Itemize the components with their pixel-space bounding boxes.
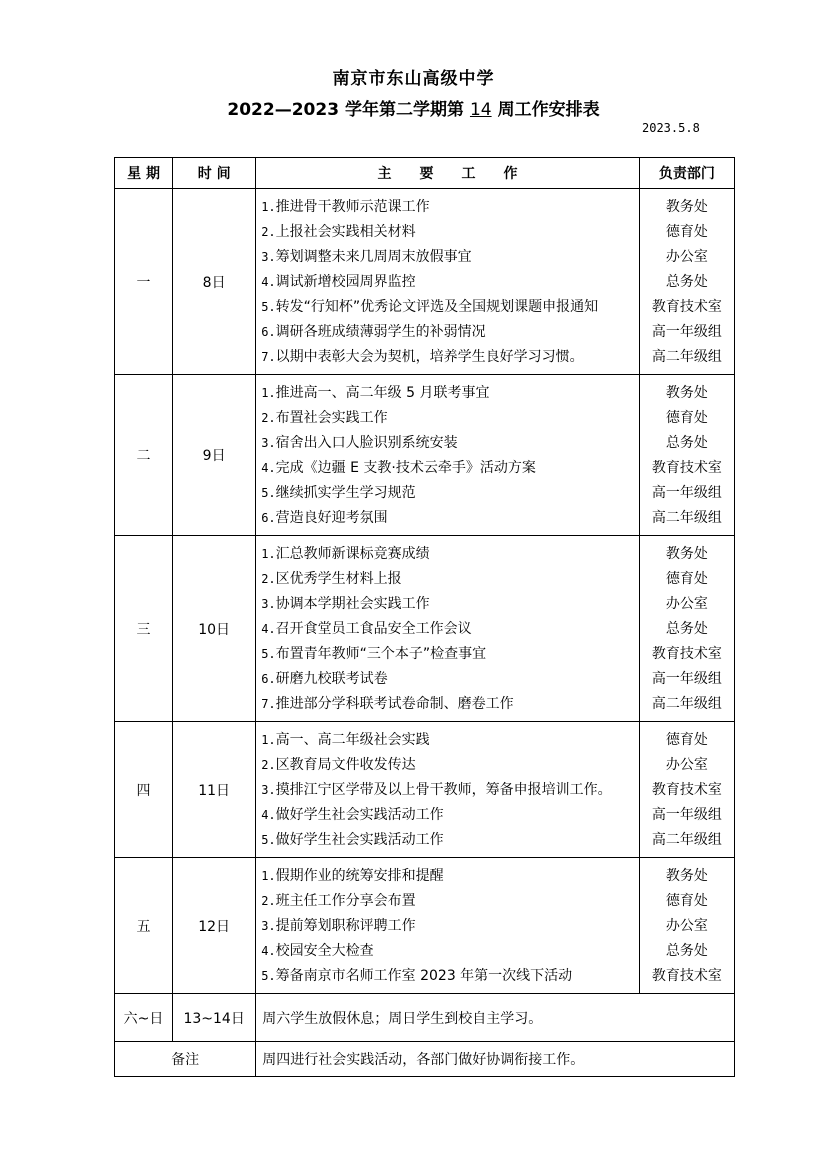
work-item: 1.汇总教师新课标竞赛成绩 [261, 542, 639, 567]
department-name: 教务处 [640, 381, 734, 406]
work-item: 6.营造良好迎考氛围 [261, 506, 639, 531]
department-name: 总务处 [640, 617, 734, 642]
work-item: 5.布置青年教师“三个本子”检查事宜 [261, 642, 639, 667]
weekday-cell: 一 [115, 189, 173, 375]
work-item: 3.提前筹划职称评聘工作 [261, 914, 639, 939]
department-name: 总务处 [640, 270, 734, 295]
department-name: 高二年级组 [640, 345, 734, 370]
remark-label: 备注 [115, 1042, 256, 1077]
work-item: 4.校园安全大检查 [261, 939, 639, 964]
item-number: 5. [261, 647, 275, 661]
work-items-cell: 1.推进骨干教师示范课工作2.上报社会实践相关材料3.筹划调整未来几周周末放假事… [256, 189, 640, 375]
work-item: 3.宿舍出入口人脸识别系统安装 [261, 431, 639, 456]
item-text: 高一、高二年级社会实践 [276, 732, 430, 748]
work-items-cell: 1.高一、高二年级社会实践2.区教育局文件收发传达3.摸排江宁区学带及以上骨干教… [256, 722, 640, 858]
item-text: 推进骨干教师示范课工作 [276, 199, 430, 215]
remark-text: 周四进行社会实践活动，各部门做好协调衔接工作。 [256, 1042, 735, 1077]
item-text: 汇总教师新课标竞赛成绩 [276, 546, 430, 562]
item-number: 4. [261, 461, 275, 475]
item-text: 调试新增校园周界监控 [276, 274, 416, 290]
item-text: 转发“行知杯”优秀论文评选及全国规划课题申报通知 [276, 299, 599, 315]
header-department: 负责部门 [639, 158, 734, 189]
item-number: 3. [261, 783, 275, 797]
item-number: 1. [261, 869, 275, 883]
day-row: 三10日1.汇总教师新课标竞赛成绩2.区优秀学生材料上报3.协调本学期社会实践工… [115, 536, 735, 722]
schedule-table: 星 期 时 间 主 要 工 作 负责部门 一8日1.推进骨干教师示范课工作2.上… [114, 157, 735, 1077]
item-text: 调研各班成绩薄弱学生的补弱情况 [276, 324, 486, 340]
department-name: 高一年级组 [640, 803, 734, 828]
department-name: 高二年级组 [640, 828, 734, 853]
department-name: 教育技术室 [640, 964, 734, 989]
item-text: 提前筹划职称评聘工作 [276, 918, 416, 934]
weekend-weekday: 六~日 [115, 994, 173, 1042]
item-text: 宿舍出入口人脸识别系统安装 [276, 435, 458, 451]
work-item: 7.以期中表彰大会为契机，培养学生良好学习习惯。 [261, 345, 639, 370]
item-number: 5. [261, 969, 275, 983]
item-text: 推进部分学科联考试卷命制、磨卷工作 [276, 696, 514, 712]
item-number: 6. [261, 672, 275, 686]
item-number: 4. [261, 808, 275, 822]
work-item: 5.做好学生社会实践活动工作 [261, 828, 639, 853]
department-name: 德育处 [640, 567, 734, 592]
item-number: 3. [261, 436, 275, 450]
work-item: 6.调研各班成绩薄弱学生的补弱情况 [261, 320, 639, 345]
work-items-cell: 1.推进高一、高二年级 5 月联考事宜2.布置社会实践工作3.宿舍出入口人脸识别… [256, 375, 640, 536]
work-item: 3.摸排江宁区学带及以上骨干教师，筹备申报培训工作。 [261, 778, 639, 803]
weekday-cell: 四 [115, 722, 173, 858]
department-name: 办公室 [640, 914, 734, 939]
department-name: 高一年级组 [640, 667, 734, 692]
day-row: 五12日1.假期作业的统筹安排和提醒2.班主任工作分享会布置3.提前筹划职称评聘… [115, 858, 735, 994]
work-item: 1.高一、高二年级社会实践 [261, 728, 639, 753]
item-number: 4. [261, 944, 275, 958]
header-main-work: 主 要 工 作 [256, 158, 640, 189]
weekday-cell: 三 [115, 536, 173, 722]
day-row: 四11日1.高一、高二年级社会实践2.区教育局文件收发传达3.摸排江宁区学带及以… [115, 722, 735, 858]
item-text: 班主任工作分享会布置 [276, 893, 416, 909]
work-item: 5.转发“行知杯”优秀论文评选及全国规划课题申报通知 [261, 295, 639, 320]
department-name: 总务处 [640, 939, 734, 964]
date-cell: 12日 [173, 858, 256, 994]
department-name: 办公室 [640, 245, 734, 270]
weekday-cell: 二 [115, 375, 173, 536]
work-item: 3.筹划调整未来几周周末放假事宜 [261, 245, 639, 270]
department-name: 教育技术室 [640, 456, 734, 481]
department-name: 德育处 [640, 406, 734, 431]
weekend-date: 13~14日 [173, 994, 256, 1042]
item-text: 做好学生社会实践活动工作 [276, 807, 444, 823]
work-item: 7.推进部分学科联考试卷命制、磨卷工作 [261, 692, 639, 717]
department-cell: 教务处德育处办公室总务处教育技术室高一年级组高二年级组 [639, 536, 734, 722]
item-number: 5. [261, 486, 275, 500]
work-item: 5.筹备南京市名师工作室 2023 年第一次线下活动 [261, 964, 639, 989]
weekend-note: 周六学生放假休息；周日学生到校自主学习。 [256, 994, 735, 1042]
item-number: 5. [261, 300, 275, 314]
work-item: 1.假期作业的统筹安排和提醒 [261, 864, 639, 889]
work-item: 4.调试新增校园周界监控 [261, 270, 639, 295]
item-text: 推进高一、高二年级 5 月联考事宜 [276, 385, 490, 401]
week-number: 14 [464, 100, 498, 120]
item-number: 1. [261, 386, 275, 400]
item-number: 1. [261, 200, 275, 214]
item-number: 1. [261, 733, 275, 747]
item-text: 布置社会实践工作 [276, 410, 388, 426]
work-item: 6.研磨九校联考试卷 [261, 667, 639, 692]
department-name: 教务处 [640, 195, 734, 220]
work-item: 1.推进高一、高二年级 5 月联考事宜 [261, 381, 639, 406]
item-text: 区教育局文件收发传达 [276, 757, 416, 773]
item-text: 协调本学期社会实践工作 [276, 596, 430, 612]
work-item: 4.召开食堂员工食品安全工作会议 [261, 617, 639, 642]
day-row: 一8日1.推进骨干教师示范课工作2.上报社会实践相关材料3.筹划调整未来几周周末… [115, 189, 735, 375]
item-number: 7. [261, 697, 275, 711]
department-name: 总务处 [640, 431, 734, 456]
header-weekday: 星 期 [115, 158, 173, 189]
item-text: 上报社会实践相关材料 [276, 224, 416, 240]
header-time: 时 间 [173, 158, 256, 189]
item-text: 完成《边疆 E 支教·技术云牵手》活动方案 [276, 460, 536, 476]
department-cell: 教务处德育处办公室总务处教育技术室高一年级组高二年级组 [639, 189, 734, 375]
school-name: 南京市东山高级中学 [0, 64, 827, 89]
department-name: 教育技术室 [640, 778, 734, 803]
item-text: 做好学生社会实践活动工作 [276, 832, 444, 848]
item-text: 筹划调整未来几周周末放假事宜 [276, 249, 472, 265]
item-text: 校园安全大检查 [276, 943, 374, 959]
item-number: 4. [261, 275, 275, 289]
item-number: 1. [261, 547, 275, 561]
item-number: 3. [261, 250, 275, 264]
item-number: 7. [261, 350, 275, 364]
item-number: 3. [261, 597, 275, 611]
department-name: 德育处 [640, 889, 734, 914]
item-text: 以期中表彰大会为契机，培养学生良好学习习惯。 [276, 349, 584, 365]
department-name: 教务处 [640, 542, 734, 567]
work-items-cell: 1.汇总教师新课标竞赛成绩2.区优秀学生材料上报3.协调本学期社会实践工作4.召… [256, 536, 640, 722]
department-name: 高一年级组 [640, 481, 734, 506]
department-name: 德育处 [640, 220, 734, 245]
item-number: 2. [261, 411, 275, 425]
weekend-row: 六~日 13~14日 周六学生放假休息；周日学生到校自主学习。 [115, 994, 735, 1042]
department-name: 教育技术室 [640, 642, 734, 667]
item-text: 召开食堂员工食品安全工作会议 [276, 621, 472, 637]
work-item: 4.完成《边疆 E 支教·技术云牵手》活动方案 [261, 456, 639, 481]
work-item: 5.继续抓实学生学习规范 [261, 481, 639, 506]
item-number: 5. [261, 833, 275, 847]
item-number: 2. [261, 572, 275, 586]
item-number: 2. [261, 758, 275, 772]
department-cell: 德育处办公室教育技术室高一年级组高二年级组 [639, 722, 734, 858]
document-title: 2022—2023 学年第二学期第14周工作安排表 [0, 95, 827, 120]
remark-row: 备注 周四进行社会实践活动，各部门做好协调衔接工作。 [115, 1042, 735, 1077]
work-item: 2.布置社会实践工作 [261, 406, 639, 431]
table-header-row: 星 期 时 间 主 要 工 作 负责部门 [115, 158, 735, 189]
work-item: 3.协调本学期社会实践工作 [261, 592, 639, 617]
work-item: 2.区教育局文件收发传达 [261, 753, 639, 778]
department-name: 办公室 [640, 753, 734, 778]
item-text: 布置青年教师“三个本子”检查事宜 [276, 646, 487, 662]
title-suffix: 周工作安排表 [498, 100, 600, 120]
item-text: 继续抓实学生学习规范 [276, 485, 416, 501]
weekday-cell: 五 [115, 858, 173, 994]
item-number: 3. [261, 919, 275, 933]
work-items-cell: 1.假期作业的统筹安排和提醒2.班主任工作分享会布置3.提前筹划职称评聘工作4.… [256, 858, 640, 994]
item-text: 区优秀学生材料上报 [276, 571, 402, 587]
day-row: 二9日1.推进高一、高二年级 5 月联考事宜2.布置社会实践工作3.宿舍出入口人… [115, 375, 735, 536]
item-number: 6. [261, 325, 275, 339]
department-name: 办公室 [640, 592, 734, 617]
department-name: 德育处 [640, 728, 734, 753]
item-number: 2. [261, 225, 275, 239]
date-cell: 11日 [173, 722, 256, 858]
item-number: 2. [261, 894, 275, 908]
item-text: 营造良好迎考氛围 [276, 510, 388, 526]
work-item: 4.做好学生社会实践活动工作 [261, 803, 639, 828]
department-name: 高一年级组 [640, 320, 734, 345]
date-cell: 10日 [173, 536, 256, 722]
item-text: 假期作业的统筹安排和提醒 [276, 868, 444, 884]
work-item: 2.班主任工作分享会布置 [261, 889, 639, 914]
item-number: 4. [261, 622, 275, 636]
item-number: 6. [261, 511, 275, 525]
document-date: 2023.5.8 [642, 121, 700, 135]
department-name: 高二年级组 [640, 692, 734, 717]
work-item: 2.区优秀学生材料上报 [261, 567, 639, 592]
department-name: 高二年级组 [640, 506, 734, 531]
item-text: 筹备南京市名师工作室 2023 年第一次线下活动 [276, 968, 573, 984]
date-cell: 8日 [173, 189, 256, 375]
work-item: 2.上报社会实践相关材料 [261, 220, 639, 245]
department-cell: 教务处德育处办公室总务处教育技术室 [639, 858, 734, 994]
title-prefix: 2022—2023 学年第二学期第 [227, 100, 464, 120]
department-cell: 教务处德育处总务处教育技术室高一年级组高二年级组 [639, 375, 734, 536]
date-cell: 9日 [173, 375, 256, 536]
work-item: 1.推进骨干教师示范课工作 [261, 195, 639, 220]
item-text: 摸排江宁区学带及以上骨干教师，筹备申报培训工作。 [276, 782, 612, 798]
department-name: 教育技术室 [640, 295, 734, 320]
department-name: 教务处 [640, 864, 734, 889]
item-text: 研磨九校联考试卷 [276, 671, 388, 687]
